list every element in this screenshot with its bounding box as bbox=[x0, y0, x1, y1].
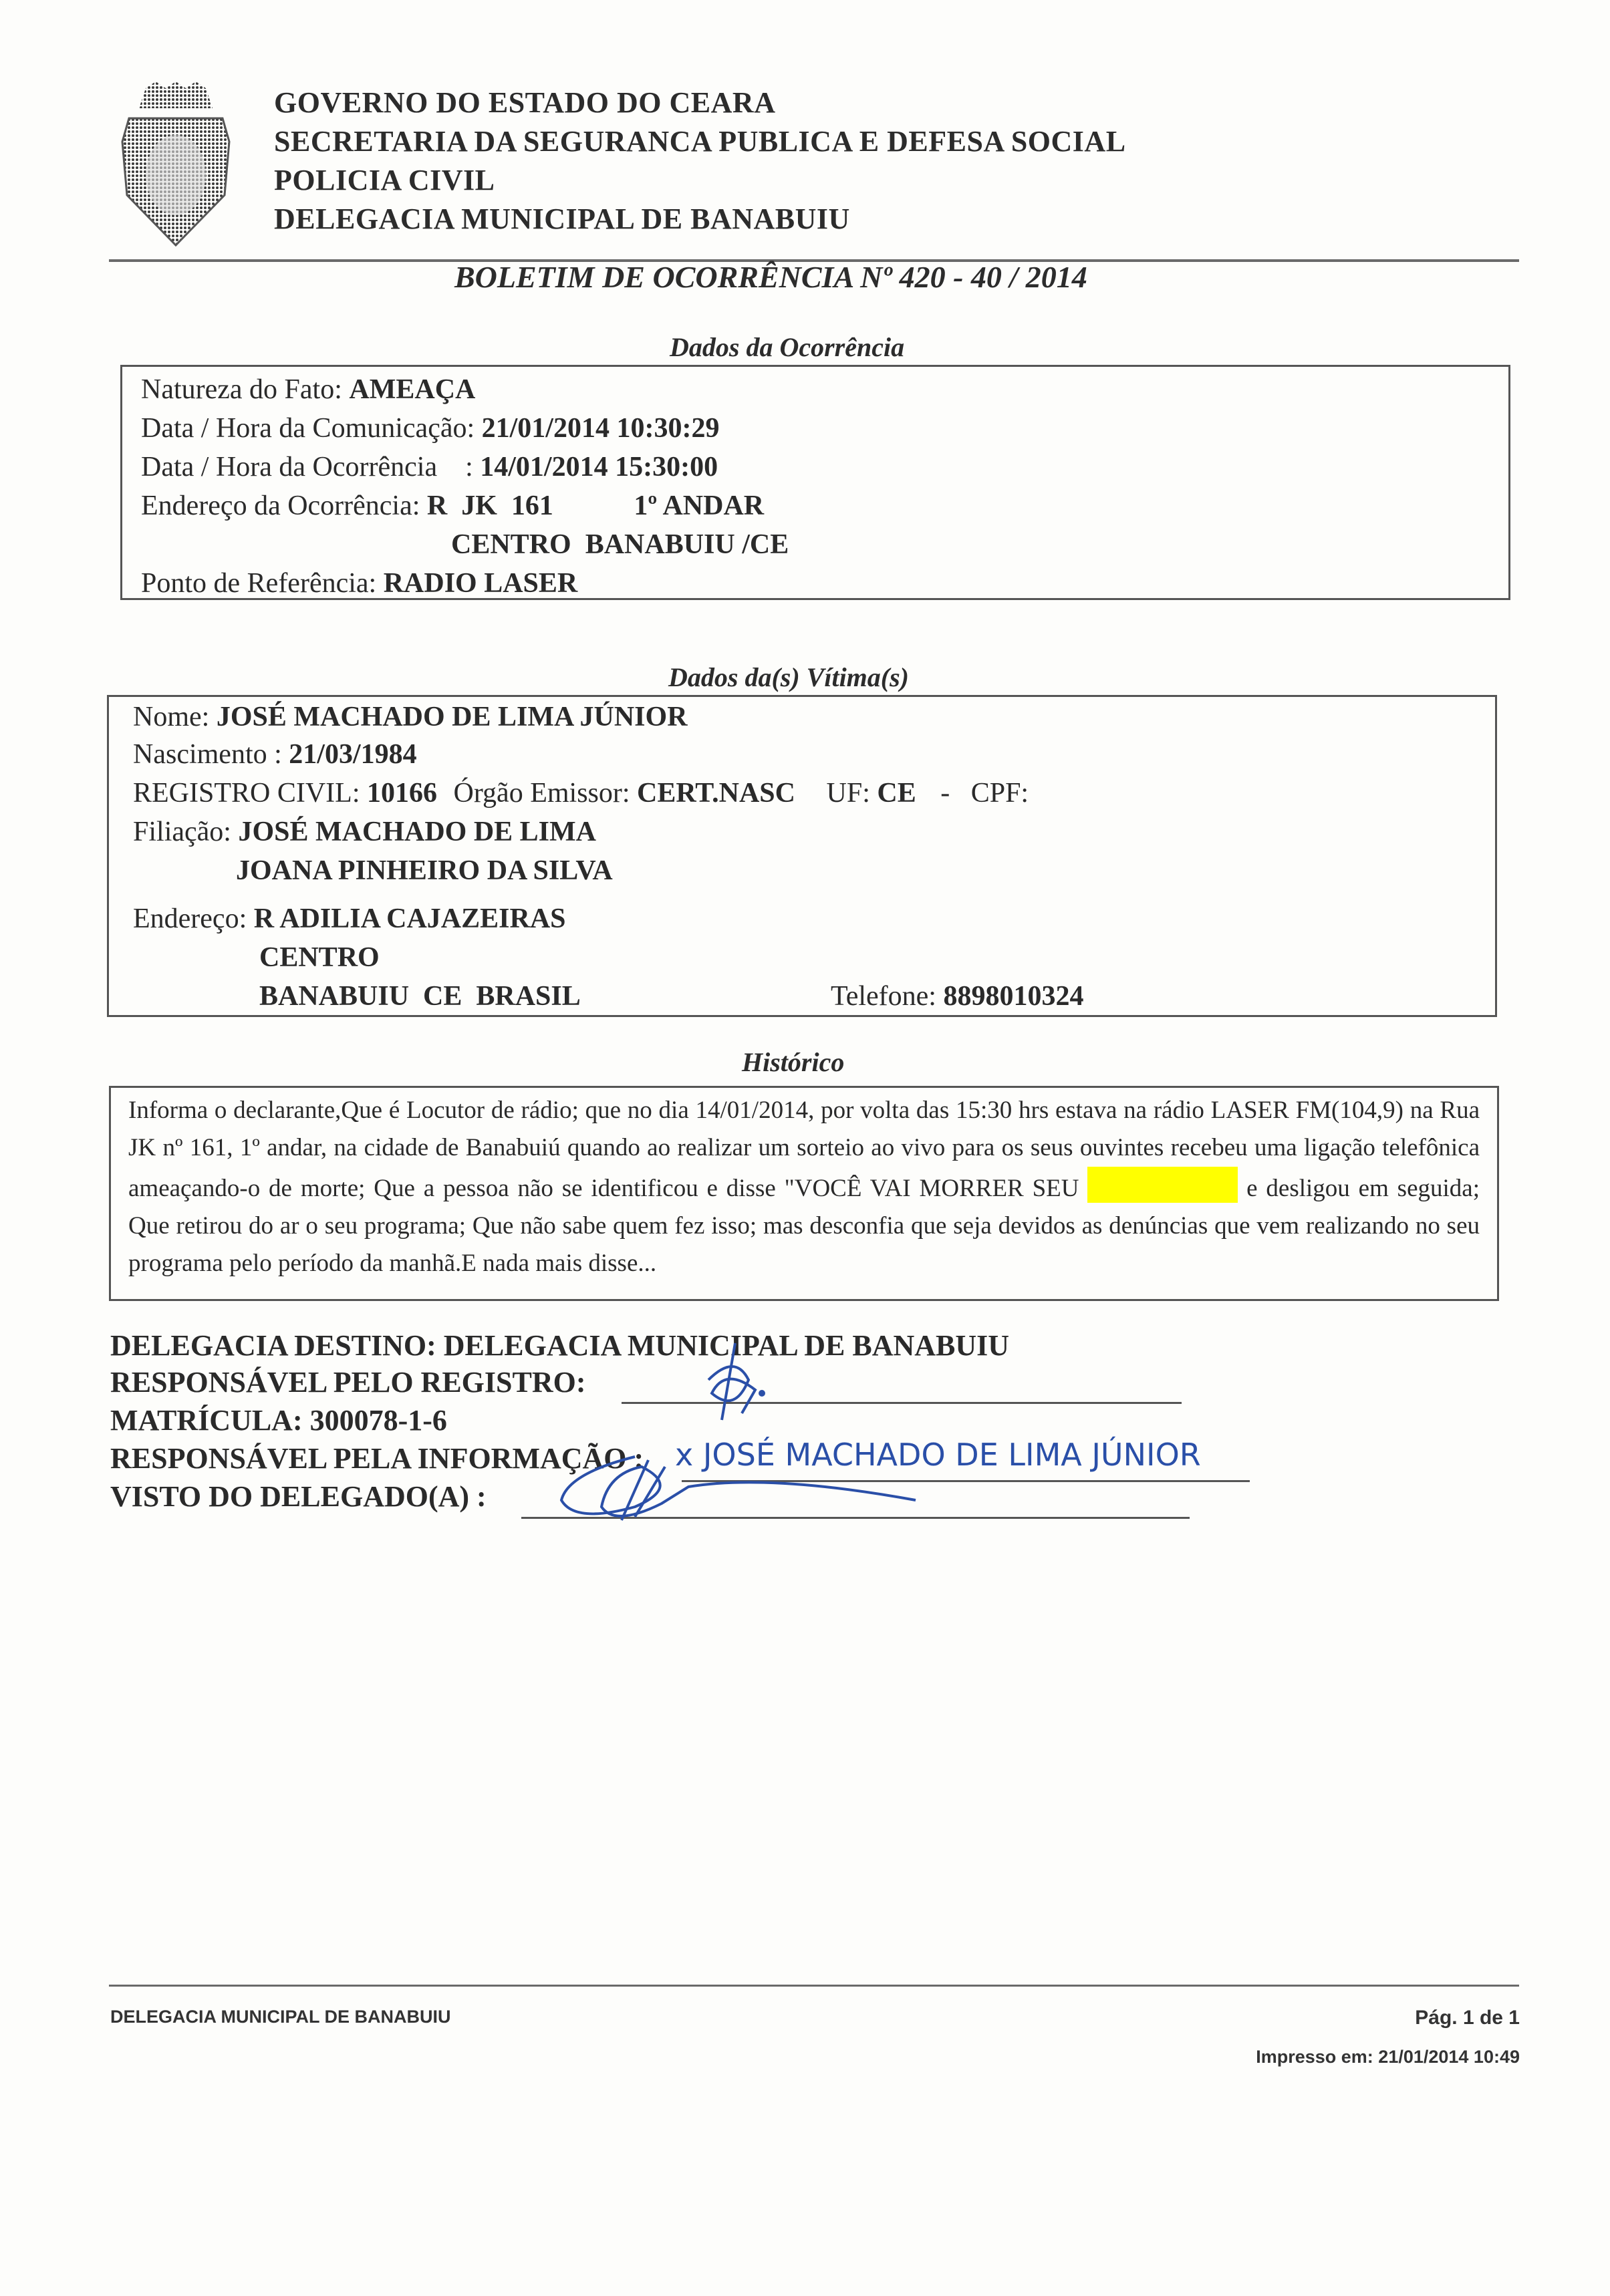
endereco-ocorrencia-andar: 1º ANDAR bbox=[634, 490, 764, 521]
uf-label: UF: bbox=[827, 778, 870, 809]
document-title: BOLETIM DE OCORRÊNCIA Nº 420 - 40 / 2014 bbox=[454, 259, 1087, 295]
referencia-row: Ponto de Referência: RADIO LASER bbox=[141, 567, 577, 599]
header-line-police: POLICIA CIVIL bbox=[274, 163, 495, 197]
nome-row: Nome: JOSÉ MACHADO DE LIMA JÚNIOR bbox=[133, 701, 688, 733]
comunicacao-label: Data / Hora da Comunicação: bbox=[141, 413, 475, 444]
referencia-value: RADIO LASER bbox=[384, 568, 578, 599]
registro-signature-scribble-icon bbox=[695, 1340, 775, 1427]
section-title-vitima: Dados da(s) Vítima(s) bbox=[668, 662, 909, 693]
visto-delegado-label: VISTO DO DELEGADO(A) : bbox=[110, 1479, 487, 1514]
data-ocorrencia-value: 14/01/2014 15:30:00 bbox=[480, 452, 718, 482]
natureza-value: AMEAÇA bbox=[349, 374, 475, 405]
footer-divider bbox=[109, 1985, 1519, 1987]
endereco-vitima-line2: CENTRO bbox=[259, 942, 380, 974]
endereco-ocorrencia-value: R JK 161 bbox=[427, 490, 553, 521]
nascimento-row: Nascimento : 21/03/1984 bbox=[133, 738, 417, 770]
cpf-label: - CPF: bbox=[940, 778, 1029, 809]
filiacao-mae: JOANA PINHEIRO DA SILVA bbox=[236, 855, 613, 886]
natureza-row: Natureza do Fato: AMEAÇA bbox=[141, 374, 475, 406]
nome-label: Nome: bbox=[133, 702, 209, 732]
delegacia-destino: DELEGACIA DESTINO: DELEGACIA MUNICIPAL D… bbox=[110, 1328, 1009, 1362]
footer-printed-timestamp: Impresso em: 21/01/2014 10:49 bbox=[1256, 2047, 1520, 2067]
telefone-value: 8898010324 bbox=[943, 981, 1083, 1012]
nascimento-label: Nascimento : bbox=[133, 739, 282, 770]
header-line-secretariat: SECRETARIA DA SEGURANCA PUBLICA E DEFESA… bbox=[274, 124, 1126, 158]
police-shield-crest-icon bbox=[119, 82, 233, 249]
registro-label: REGISTRO CIVIL: bbox=[133, 778, 360, 809]
section-title-ocorrencia: Dados da Ocorrência bbox=[670, 331, 904, 363]
endereco-ocorrencia-label: Endereço da Ocorrência: bbox=[141, 490, 420, 521]
data-ocorrencia-row: Data / Hora da Ocorrência : 14/01/2014 1… bbox=[141, 451, 718, 483]
matricula: MATRÍCULA: 300078-1-6 bbox=[110, 1403, 447, 1437]
orgao-label: Órgão Emissor: bbox=[454, 778, 630, 809]
telefone-label: Telefone: bbox=[831, 981, 936, 1012]
data-ocorrencia-label: Data / Hora da Ocorrência : bbox=[141, 452, 473, 482]
filiacao-label: Filiação: bbox=[133, 817, 231, 847]
filiacao-row: Filiação: JOSÉ MACHADO DE LIMA bbox=[133, 816, 596, 848]
header-line-government: GOVERNO DO ESTADO DO CEARA bbox=[274, 86, 775, 120]
footer-page-number: Pág. 1 de 1 bbox=[1415, 2007, 1520, 2029]
registro-row: REGISTRO CIVIL: 10166 Órgão Emissor: CER… bbox=[133, 777, 1029, 809]
endereco-vitima-city: BANABUIU CE BRASIL bbox=[259, 981, 581, 1012]
uf-value: CE bbox=[877, 778, 916, 809]
section-title-historico: Histórico bbox=[742, 1046, 844, 1078]
vitima-box: Nome: JOSÉ MACHADO DE LIMA JÚNIOR Nascim… bbox=[107, 695, 1497, 1017]
nascimento-value: 21/03/1984 bbox=[289, 739, 416, 770]
comunicacao-value: 21/01/2014 10:30:29 bbox=[482, 413, 720, 444]
filiacao-pai: JOSÉ MACHADO DE LIMA bbox=[238, 817, 596, 847]
comunicacao-row: Data / Hora da Comunicação: 21/01/2014 1… bbox=[141, 412, 719, 444]
endereco-vitima-label: Endereço: bbox=[133, 903, 247, 934]
footer-delegacia: DELEGACIA MUNICIPAL DE BANABUIU bbox=[110, 2007, 451, 2027]
redaction-highlight bbox=[1087, 1167, 1238, 1203]
endereco-ocorrencia-line2: CENTRO BANABUIU /CE bbox=[451, 529, 789, 561]
endereco-ocorrencia-city: CENTRO BANABUIU /CE bbox=[451, 529, 789, 560]
responsavel-registro-label: RESPONSÁVEL PELO REGISTRO: bbox=[110, 1365, 586, 1399]
endereco-vitima-line3: BANABUIU CE BRASIL bbox=[259, 980, 581, 1012]
header-line-delegacia: DELEGACIA MUNICIPAL DE BANABUIU bbox=[274, 202, 850, 236]
historico-box: Informa o declarante,Que é Locutor de rá… bbox=[109, 1086, 1499, 1301]
nome-value: JOSÉ MACHADO DE LIMA JÚNIOR bbox=[217, 702, 688, 732]
natureza-label: Natureza do Fato: bbox=[141, 374, 342, 405]
ocorrencia-box: Natureza do Fato: AMEAÇA Data / Hora da … bbox=[120, 365, 1510, 600]
endereco-vitima-row: Endereço: R ADILIA CAJAZEIRAS bbox=[133, 903, 566, 935]
filiacao-mae-row: JOANA PINHEIRO DA SILVA bbox=[236, 855, 613, 887]
referencia-label: Ponto de Referência: bbox=[141, 568, 376, 599]
endereco-ocorrencia-row: Endereço da Ocorrência: R JK 161 1º ANDA… bbox=[141, 490, 764, 522]
orgao-value: CERT.NASC bbox=[637, 778, 795, 809]
telefone-row: Telefone: 8898010324 bbox=[831, 980, 1083, 1012]
registro-value: 10166 bbox=[367, 778, 437, 809]
endereco-vitima-bairro: CENTRO bbox=[259, 942, 380, 973]
delegado-signature-scribble-icon bbox=[555, 1447, 929, 1527]
endereco-vitima-street: R ADILIA CAJAZEIRAS bbox=[254, 903, 566, 934]
